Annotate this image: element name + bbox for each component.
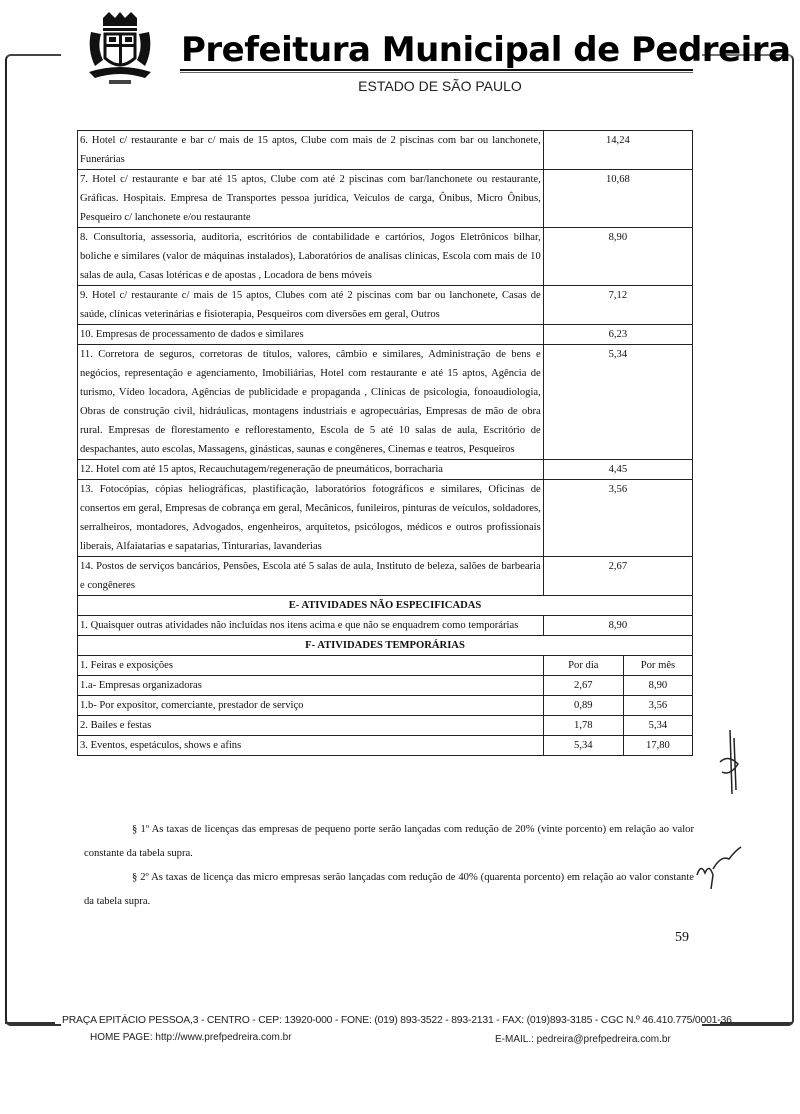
column-header-per-month: Por mês: [623, 656, 692, 676]
row-value: 10,68: [543, 170, 692, 228]
row-value: 4,45: [543, 460, 692, 480]
table-row: 14. Postos de serviços bancários, Pensõe…: [78, 557, 693, 596]
column-header-description: 1. Feiras e exposições: [78, 656, 544, 676]
row-value: 6,23: [543, 325, 692, 345]
section-heading-row: F- ATIVIDADES TEMPORÁRIAS: [78, 636, 693, 656]
row-description: 2. Bailes e festas: [78, 716, 544, 736]
column-header-per-day: Por dia: [543, 656, 623, 676]
title-underline: [180, 69, 693, 71]
page-frame-left: [5, 54, 61, 1026]
row-per-day: 5,34: [543, 736, 623, 756]
table-row: 1.a- Empresas organizadoras2,678,90: [78, 676, 693, 696]
row-description: 11. Corretora de seguros, corretoras de …: [78, 345, 544, 460]
row-description: 9. Hotel c/ restaurante c/ mais de 15 ap…: [78, 286, 544, 325]
table-row: 3. Eventos, espetáculos, shows e afins5,…: [78, 736, 693, 756]
title-underline-thin: [180, 72, 693, 73]
table-row: 13. Fotocópias, cópias heliográficas, pl…: [78, 480, 693, 557]
row-value: 2,67: [543, 557, 692, 596]
row-value: 8,90: [543, 616, 692, 636]
row-description: 3. Eventos, espetáculos, shows e afins: [78, 736, 544, 756]
row-per-day: 1,78: [543, 716, 623, 736]
footer-email: E-MAIL.: pedreira@prefpedreira.com.br: [495, 1034, 671, 1045]
table-row: 2. Bailes e festas1,785,34: [78, 716, 693, 736]
section-f-heading: F- ATIVIDADES TEMPORÁRIAS: [78, 636, 693, 656]
page-title: Prefeitura Municipal de Pedreira: [181, 30, 790, 70]
row-description: 8. Consultoria, assessoria, auditoria, e…: [78, 228, 544, 286]
table-header-row: 1. Feiras e exposições Por dia Por mês: [78, 656, 693, 676]
row-value: 3,56: [543, 480, 692, 557]
row-description: 1.a- Empresas organizadoras: [78, 676, 544, 696]
row-description: 6. Hotel c/ restaurante e bar c/ mais de…: [78, 131, 544, 170]
row-per-day: 2,67: [543, 676, 623, 696]
table-row: 7. Hotel c/ restaurante e bar até 15 apt…: [78, 170, 693, 228]
table-row: 1.b- Por expositor, comerciante, prestad…: [78, 696, 693, 716]
page-subtitle: ESTADO DE SÃO PAULO: [0, 78, 800, 94]
paragraph-2-text: § 2º As taxas de licença das micro empre…: [84, 872, 694, 907]
paragraph-2: § 2º As taxas de licença das micro empre…: [84, 866, 694, 914]
row-value: 14,24: [543, 131, 692, 170]
row-value: 7,12: [543, 286, 692, 325]
handwritten-signature-icon: [708, 728, 748, 798]
row-description: 1.b- Por expositor, comerciante, prestad…: [78, 696, 544, 716]
table-row: 11. Corretora de seguros, corretoras de …: [78, 345, 693, 460]
row-description: 1. Quaisquer outras atividades não inclu…: [78, 616, 544, 636]
table-row: 6. Hotel c/ restaurante e bar c/ mais de…: [78, 131, 693, 170]
table-row: 1. Quaisquer outras atividades não inclu…: [78, 616, 693, 636]
table-row: 8. Consultoria, assessoria, auditoria, e…: [78, 228, 693, 286]
paragraph-1: § 1º As taxas de licenças das empresas d…: [84, 818, 694, 866]
row-per-month: 17,80: [623, 736, 692, 756]
row-description: 10. Empresas de processamento de dados e…: [78, 325, 544, 345]
row-value: 5,34: [543, 345, 692, 460]
section-e-heading: E- ATIVIDADES NÃO ESPECIFICADAS: [78, 596, 693, 616]
table-row: 10. Empresas de processamento de dados e…: [78, 325, 693, 345]
row-value: 8,90: [543, 228, 692, 286]
fees-table: 6. Hotel c/ restaurante e bar c/ mais de…: [77, 130, 693, 756]
row-description: 12. Hotel com até 15 aptos, Recauchutage…: [78, 460, 544, 480]
row-description: 7. Hotel c/ restaurante e bar até 15 apt…: [78, 170, 544, 228]
row-description: 13. Fotocópias, cópias heliográficas, pl…: [78, 480, 544, 557]
row-per-month: 5,34: [623, 716, 692, 736]
row-per-month: 8,90: [623, 676, 692, 696]
footer-address: PRAÇA EPITÁCIO PESSOA,3 - CENTRO - CEP: …: [62, 1015, 732, 1026]
handwritten-initials-icon: [695, 845, 745, 895]
row-description: 14. Postos de serviços bancários, Pensõe…: [78, 557, 544, 596]
row-per-day: 0,89: [543, 696, 623, 716]
table-row: 9. Hotel c/ restaurante c/ mais de 15 ap…: [78, 286, 693, 325]
paragraph-1-text: § 1º As taxas de licenças das empresas d…: [84, 824, 694, 859]
footer-rule-left: [5, 1022, 55, 1024]
footer-homepage: HOME PAGE: http://www.prefpedreira.com.b…: [90, 1032, 292, 1043]
row-per-month: 3,56: [623, 696, 692, 716]
section-heading-row: E- ATIVIDADES NÃO ESPECIFICADAS: [78, 596, 693, 616]
page-number: 59: [675, 930, 689, 946]
table-row: 12. Hotel com até 15 aptos, Recauchutage…: [78, 460, 693, 480]
